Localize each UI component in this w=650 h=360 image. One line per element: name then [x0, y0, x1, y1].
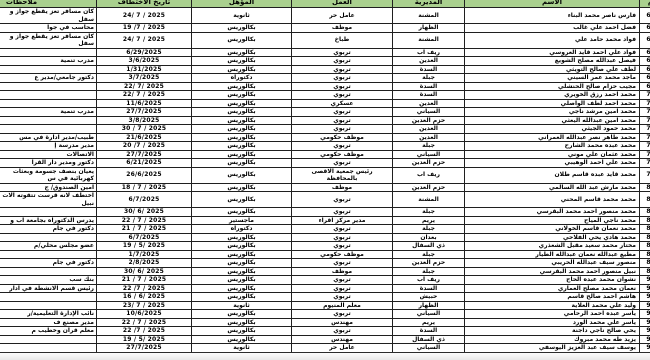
cell-job: موظف [292, 267, 393, 276]
cell-job: موظف [292, 24, 393, 33]
cell-job: عامل حر [292, 344, 393, 353]
cell-qualification: ماجستير [192, 216, 292, 225]
cell-date: 22 / 7 / 2025 [97, 216, 192, 225]
table-row: 72 محمد امين مرشد ناجي السياني تربوي بكا… [0, 108, 650, 117]
cell-date: 20 /7 / 2025 [97, 142, 192, 151]
cell-name: نشوان محمد عبده الحاج [465, 276, 640, 285]
cell-job: تربوي [292, 108, 393, 117]
table-row: 78 محمد علي احمد الوهيبي حزم العدين تربو… [0, 159, 650, 168]
table-row: 93 وليد علي محمد العلاية الظهار معلم الم… [0, 301, 650, 310]
cell-district: الظهار [393, 301, 465, 310]
cell-number: 83 [640, 216, 650, 225]
table-row: 74 محمد حمود الجيثي العدين تربوي بكالوري… [0, 125, 650, 134]
cell-district: جبلة [393, 267, 465, 276]
cell-number: 94 [640, 310, 650, 319]
cell-number: 79 [640, 167, 650, 183]
cell-number: 70 [640, 91, 650, 100]
cell-date: 19 / 5/ 2025 [97, 335, 192, 344]
cell-qualification: بكالوريس [192, 208, 292, 217]
table-row: 75 محمد طاهر نصر عبدالله العمراني العدين… [0, 133, 650, 142]
cell-date: 22 / 7 / 2025 [97, 318, 192, 327]
cell-note: معلم قرآن وخطيب م [0, 327, 97, 336]
cell-name: يوسف سيف عبد العزيز اليوسفي [465, 344, 640, 353]
cell-name: محمد منصور احمد محمد البقرسي [465, 208, 640, 217]
table-row: 63 فضل احمد علي غالب الظهار موظف بكالوري… [0, 24, 650, 33]
cell-name: محمد احمد لطف الواصلي [465, 99, 640, 108]
cell-date: 1/7/2025 [97, 250, 192, 259]
cell-name: هاشم احمد صالح قاسم [465, 293, 640, 302]
cell-number: 74 [640, 125, 650, 134]
cell-note [0, 335, 97, 344]
cell-qualification: بكالوريس [192, 99, 292, 108]
cell-job: تربوي [292, 192, 393, 208]
cell-date: 22/ 7/ 2025 [97, 82, 192, 91]
cell-district: السياني [393, 150, 465, 159]
cell-date: 6/29/2025 [97, 48, 192, 57]
cell-name: ماجد محمد عمر السيني [465, 74, 640, 83]
cell-job: موظف حكومي [292, 250, 393, 259]
cell-qualification: بكالوريس [192, 133, 292, 142]
table-row: 95 ياسر علي محمد الورد يريم مهندس بكالور… [0, 318, 650, 327]
cell-name: مختار محمد سعيد مقبل الشعذري [465, 242, 640, 251]
cell-qualification: دكتوراه [192, 225, 292, 234]
cell-qualification: بكالوريس [192, 48, 292, 57]
cell-note [0, 116, 97, 125]
cell-note: الاتصالات [0, 150, 97, 159]
cell-number: 62 [640, 8, 650, 24]
cell-note: دكتور ومدير دار القرآ [0, 159, 97, 168]
table-row: 62 فارس ناصر محمد البناء المشنة عامل حر … [0, 8, 650, 24]
cell-number: 72 [640, 108, 650, 117]
cell-name: وليد علي محمد العلاية [465, 301, 640, 310]
cell-date: 6/21/2025 [97, 159, 192, 168]
header-cell: المديرية [393, 0, 465, 8]
cell-number: 68 [640, 74, 650, 83]
cell-note: مدير مدرسة إ [0, 142, 97, 151]
cell-qualification: بكالوريس [192, 250, 292, 259]
cell-qualification: بكالوريس [192, 310, 292, 319]
cell-district: المشنة [393, 192, 465, 208]
cell-qualification: بكالوريس [192, 335, 292, 344]
cell-date: 22/ 7 / 2025 [97, 91, 192, 100]
table-row: 73 محمد امين عبدالله اليعثي حزم العدين ت… [0, 116, 650, 125]
cell-district: العدين [393, 125, 465, 134]
table-row: 82 محمد منصور احمد محمد البقرسي جبلة ترب… [0, 208, 650, 217]
cell-note: اختطف لانه قرست تتقوته الات نبيل [0, 192, 97, 208]
cell-note: بنك سب [0, 276, 97, 285]
cell-qualification: ثانوية [192, 301, 292, 310]
cell-number: 96 [640, 327, 650, 336]
cell-district: السياني [393, 108, 465, 117]
cell-district: ذي السفال [393, 335, 465, 344]
cell-district: جبلة [393, 250, 465, 259]
cell-job: تربوي [292, 91, 393, 100]
cell-job: رئيس جمعية الاقصى بالمحافظة [292, 167, 393, 183]
cell-name: محمد نعمان قاسم الخولاني [465, 225, 640, 234]
cell-name: فواد محمد حامد علي [465, 32, 640, 48]
header-cell: المؤهل [192, 0, 292, 8]
header-cell: م [640, 0, 650, 8]
cell-note [0, 301, 97, 310]
cell-date: 3/7/2025 [97, 74, 192, 83]
cell-note: دكتور في جام [0, 225, 97, 234]
cell-qualification: ثانوية [192, 8, 292, 24]
table-row: 70 محمد احمد رزق الخويري السدة تربوي بكا… [0, 91, 650, 100]
cell-date: 21/6/2025 [97, 133, 192, 142]
cell-name: لطف علي صالح التويثي [465, 65, 640, 74]
header-cell: ملاحظات [0, 0, 97, 8]
cell-note [0, 99, 97, 108]
cell-job: تربوي [292, 293, 393, 302]
cell-qualification: بكالوريس [192, 167, 292, 183]
cell-district: السدة [393, 65, 465, 74]
cell-date: 6/7/2025 [97, 192, 192, 208]
cell-name: محمد ناجي المياح [465, 216, 640, 225]
cell-qualification: بكالوريس [192, 183, 292, 192]
cell-qualification: بكالوريس [192, 192, 292, 208]
cell-district: جبلة [393, 225, 465, 234]
table-row: 65 فواد علي احمد قايد العروسي ريف اب ترب… [0, 48, 650, 57]
cell-date: 23/ 7 / 2025 [97, 301, 192, 310]
cell-date: 3/8/2025 [97, 116, 192, 125]
cell-district: جبلة [393, 142, 465, 151]
cell-job: تربوي [292, 74, 393, 83]
cell-qualification: بكالوريس [192, 159, 292, 168]
cell-job: عامل حر [292, 8, 393, 24]
cell-name: يحي صالح ناجي داجنة [465, 327, 640, 336]
cell-number: 90 [640, 276, 650, 285]
cell-job: مهندس [292, 318, 393, 327]
cell-district: السياني [393, 344, 465, 353]
header-row: مالاسمالمديريةالعملالمؤهلتاريخ الاختطافم… [0, 0, 650, 8]
table-row: 91 نعمان محمد مصلح العماري السدة تربوي ب… [0, 284, 650, 293]
cell-note [0, 344, 97, 353]
cell-qualification: بكالوريس [192, 318, 292, 327]
cell-qualification: بكالوريس [192, 293, 292, 302]
table-row: 97 يزيد طه محمد مبروك ذي السفال مهندس بك… [0, 335, 650, 344]
cell-date: 16 / 6/ 2025 [97, 293, 192, 302]
cell-number: 82 [640, 208, 650, 217]
cell-date: 21 / 7 / 2025 [97, 225, 192, 234]
cell-note: طبيب/مدير ادارة في مس [0, 133, 97, 142]
cell-number: 75 [640, 133, 650, 142]
cell-district: المشنة [393, 8, 465, 24]
table-row: 67 لطف علي صالح التويثي السدة تربوي بكال… [0, 65, 650, 74]
cell-district: العدين [393, 57, 465, 66]
cell-number: 73 [640, 116, 650, 125]
cell-qualification: بكالوريس [192, 150, 292, 159]
cell-district: بعدان [393, 233, 465, 242]
cell-note: مدرب تنمية [0, 108, 97, 117]
cell-number: 85 [640, 233, 650, 242]
table-row: 68 ماجد محمد عمر السيني جبلة تربوي دكتور… [0, 74, 650, 83]
cell-job: تربوي [292, 159, 393, 168]
cell-qualification: بكالوريس [192, 142, 292, 151]
cell-date: 21 / 7 / 2025 [97, 276, 192, 285]
cell-job: تربوي [292, 48, 393, 57]
cell-job: تربوي [292, 116, 393, 125]
cell-date: 22 /7 / 2025 [97, 284, 192, 293]
cell-date: 27/7/2025 [97, 108, 192, 117]
cell-number: 77 [640, 150, 650, 159]
spreadsheet-sheet: مالاسمالمديريةالعملالمؤهلتاريخ الاختطافم… [0, 0, 650, 353]
cell-date: 26/6/2025 [97, 167, 192, 183]
cell-job: تربوي [292, 82, 393, 91]
cell-number: 92 [640, 293, 650, 302]
cell-district: حزم العدين [393, 159, 465, 168]
table-row: 69 مجيب حزام صالح الحنشلي السدة تربوي بك… [0, 82, 650, 91]
bottom-blur [0, 352, 650, 360]
cell-district: يريم [393, 216, 465, 225]
cell-number: 65 [640, 48, 650, 57]
cell-qualification: بكالوريس [192, 32, 292, 48]
cell-name: فواد علي احمد قايد العروسي [465, 48, 640, 57]
cell-date: 2/8/2025 [97, 259, 192, 268]
cell-number: 78 [640, 159, 650, 168]
document-viewport: مالاسمالمديريةالعملالمؤهلتاريخ الاختطافم… [0, 0, 650, 360]
cell-number: 64 [640, 32, 650, 48]
cell-name: نبيل منصور احمد محمد البقرسي [465, 267, 640, 276]
cell-name: فيصل عبدالله مصلح الشويع [465, 57, 640, 66]
table-row: 77 محمد عثمان علي موني السياني موظف حكوم… [0, 150, 650, 159]
cell-note [0, 91, 97, 100]
cell-number: 89 [640, 267, 650, 276]
cell-note [0, 233, 97, 242]
table-row: 81 محمد محمد قاسم المحني المشنة تربوي بك… [0, 192, 650, 208]
cell-qualification: بكالوريس [192, 82, 292, 91]
cell-district: جبلة [393, 74, 465, 83]
cell-qualification: بكالوريس [192, 116, 292, 125]
cell-date: 27/7/2025 [97, 344, 192, 353]
table-row: 89 نبيل منصور احمد محمد البقرسي جبلة موظ… [0, 267, 650, 276]
cell-name: ياسر علي محمد الورد [465, 318, 640, 327]
cell-note: كان مسافر تعز يقطع جواز و سفل [0, 32, 97, 48]
cell-number: 71 [640, 99, 650, 108]
cell-note: مدير مصنع ف [0, 318, 97, 327]
table-row: 86 مختار محمد سعيد مقبل الشعذري ذي السفا… [0, 242, 650, 251]
cell-name: محمد امين عبدالله اليعثي [465, 116, 640, 125]
cell-job: تربوي [292, 242, 393, 251]
cell-district: حزم العدين [393, 259, 465, 268]
table-row: 94 ياسر عبده احمد الرحامي السياني تربوي … [0, 310, 650, 319]
cell-name: محمد قايد عبده قاسم طلان [465, 167, 640, 183]
table-row: 87 مطيع عبدالله نعمان عبدالله الطيار جبل… [0, 250, 650, 259]
cell-name: ياسر عبده احمد الرحامي [465, 310, 640, 319]
cell-number: 91 [640, 284, 650, 293]
cell-note [0, 267, 97, 276]
cell-date: 27/7/2025 [97, 150, 192, 159]
cell-note: نائب الإدارة التعليمية/ر [0, 310, 97, 319]
cell-district: السدة [393, 91, 465, 100]
cell-qualification: بكالوريس [192, 284, 292, 293]
cell-number: 81 [640, 192, 650, 208]
table-row: 84 محمد نعمان قاسم الخولاني جبلة تربوي د… [0, 225, 650, 234]
table-row: 71 محمد احمد لطف الواصلي العدين عسكري بك… [0, 99, 650, 108]
cell-date: 3/6/2025 [97, 57, 192, 66]
cell-name: نعمان محمد مصلح العماري [465, 284, 640, 293]
abductees-table: مالاسمالمديريةالعملالمؤهلتاريخ الاختطافم… [0, 0, 650, 353]
cell-district: الظهار [393, 24, 465, 33]
cell-job: تربوي [292, 57, 393, 66]
cell-number: 66 [640, 57, 650, 66]
cell-note: عضو مجلس محلي/م [0, 242, 97, 251]
cell-name: محمد عثمان علي موني [465, 150, 640, 159]
table-row: 64 فواد محمد حامد علي المشنة طباخ بكالور… [0, 32, 650, 48]
cell-note: رئيس قسم الانشطة في ادار [0, 284, 97, 293]
cell-qualification: بكالوريس [192, 125, 292, 134]
cell-date: 24/ 7 / 2025 [97, 32, 192, 48]
cell-name: محمد حمود الجيثي [465, 125, 640, 134]
cell-qualification: بكالوريس [192, 57, 292, 66]
cell-name: مجيب حزام صالح الحنشلي [465, 82, 640, 91]
cell-date: 10/6/2025 [97, 310, 192, 319]
cell-name: محمد هادي يحي الفلاحي [465, 233, 640, 242]
cell-note: كان مسافر تعز يقطع جواز و سفل [0, 8, 97, 24]
header-cell: الاسم [465, 0, 640, 8]
cell-number: 63 [640, 24, 650, 33]
cell-job: تربوي [292, 284, 393, 293]
cell-qualification: بكالوريس [192, 91, 292, 100]
header-cell: العمل [292, 0, 393, 8]
cell-name: فضل احمد علي غالب [465, 24, 640, 33]
cell-number: 88 [640, 259, 650, 268]
cell-qualification: بكالوريس [192, 242, 292, 251]
cell-qualification: بكالوريس [192, 259, 292, 268]
cell-note: دكتور في جام [0, 259, 97, 268]
table-row: 96 يحي صالح ناجي داجنة السدة تربوي بكالو… [0, 327, 650, 336]
cell-date: 6/7/2025 [97, 233, 192, 242]
cell-district: جبلة [393, 208, 465, 217]
cell-district: ريف اب [393, 276, 465, 285]
cell-district: المشنة [393, 32, 465, 48]
table-row: 92 هاشم احمد صالح قاسم حبيش تربوي بكالور… [0, 293, 650, 302]
cell-district: ريف اب [393, 167, 465, 183]
cell-job: تربوي [292, 276, 393, 285]
cell-name: محمد طاهر نصر عبدالله العمراني [465, 133, 640, 142]
cell-number: 84 [640, 225, 650, 234]
cell-note [0, 125, 97, 134]
header-cell: تاريخ الاختطاف [97, 0, 192, 8]
cell-district: السدة [393, 327, 465, 336]
cell-name: محمد مارش عبد الله السالمي [465, 183, 640, 192]
cell-qualification: بكالوريس [192, 327, 292, 336]
cell-job: تربوي [292, 259, 393, 268]
cell-qualification: ثانوية [192, 344, 292, 353]
cell-district: حبيش [393, 293, 465, 302]
cell-district: حزم العدين [393, 116, 465, 125]
cell-number: 76 [640, 142, 650, 151]
cell-district: حزم العدين [393, 183, 465, 192]
cell-name: مطيع عبدالله نعمان عبدالله الطيار [465, 250, 640, 259]
cell-note: امين الصندوق/ ج [0, 183, 97, 192]
cell-note [0, 82, 97, 91]
table-row: 85 محمد هادي يحي الفلاحي بعدان تربوي بكا… [0, 233, 650, 242]
cell-job: طباخ [292, 32, 393, 48]
cell-district: ريف اب [393, 48, 465, 57]
cell-date: 30/ 6/ 2025 [97, 267, 192, 276]
cell-job: تربوي [292, 65, 393, 74]
cell-district: السياني [393, 310, 465, 319]
cell-date: 24/ 7 / 2025 [97, 8, 192, 24]
cell-qualification: دكتوراه [192, 74, 292, 83]
cell-date: 11/6/2025 [97, 99, 192, 108]
cell-date: 19 /7 / 2025 [97, 24, 192, 33]
cell-date: 30/ 6/ 2025 [97, 208, 192, 217]
cell-name: محمد امين مرشد ناجي [465, 108, 640, 117]
cell-note [0, 208, 97, 217]
cell-district: السدة [393, 82, 465, 91]
table-row: 88 منصور سيف عبدالله الحريبي حزم العدين … [0, 259, 650, 268]
cell-note: مدرب تنمية [0, 57, 97, 66]
cell-job: موظف حكومي [292, 150, 393, 159]
cell-number: 80 [640, 183, 650, 192]
cell-note [0, 250, 97, 259]
cell-district: العدين [393, 133, 465, 142]
cell-job: تربوي [292, 125, 393, 134]
cell-note: محاسب في جوا [0, 24, 97, 33]
cell-number: 69 [640, 82, 650, 91]
cell-number: 87 [640, 250, 650, 259]
table-row: 66 فيصل عبدالله مصلح الشويع العدين تربوي… [0, 57, 650, 66]
cell-qualification: بكالوريس [192, 108, 292, 117]
table-body: 62 فارس ناصر محمد البناء المشنة عامل حر … [0, 8, 650, 353]
cell-number: 93 [640, 301, 650, 310]
cell-job: مهندس [292, 335, 393, 344]
table-row: 98 يوسف سيف عبد العزيز اليوسفي السياني ع… [0, 344, 650, 353]
cell-job: تربوي [292, 327, 393, 336]
cell-qualification: بكالوريس [192, 65, 292, 74]
cell-job: تربوي [292, 208, 393, 217]
cell-note [0, 65, 97, 74]
cell-qualification: بكالوريس [192, 276, 292, 285]
cell-job: تربوي [292, 225, 393, 234]
cell-name: محمد محمد قاسم المحني [465, 192, 640, 208]
cell-note: يدرس الدكتوراه بجامعة اب و [0, 216, 97, 225]
cell-district: العدين [393, 99, 465, 108]
table-row: 83 محمد ناجي المياح يريم مدير مركز اقراء… [0, 216, 650, 225]
cell-qualification: بكالوريس [192, 233, 292, 242]
cell-name: محمد احمد رزق الخويري [465, 91, 640, 100]
cell-job: مدير مركز اقراء [292, 216, 393, 225]
cell-note [0, 293, 97, 302]
cell-job: تربوي [292, 233, 393, 242]
cell-name: محمد عبده محمد الشارح [465, 142, 640, 151]
cell-job: تربوي [292, 142, 393, 151]
cell-number: 67 [640, 65, 650, 74]
cell-date: 22 /7 / 2025 [97, 327, 192, 336]
cell-number: 86 [640, 242, 650, 251]
cell-date: 30 / 7 / 2025 [97, 125, 192, 134]
cell-qualification: بكالوريس [192, 24, 292, 33]
cell-number: 97 [640, 335, 650, 344]
cell-job: معلم المنيوم [292, 301, 393, 310]
cell-name: فارس ناصر محمد البناء [465, 8, 640, 24]
cell-job: تربوي [292, 310, 393, 319]
cell-number: 98 [640, 344, 650, 353]
cell-job: عسكري [292, 99, 393, 108]
cell-date: 18 / 7 / 2025 [97, 183, 192, 192]
cell-district: السدة [393, 284, 465, 293]
cell-job: موظف [292, 183, 393, 192]
cell-name: محمد علي احمد الوهيبي [465, 159, 640, 168]
table-row: 79 محمد قايد عبده قاسم طلان ريف اب رئيس … [0, 167, 650, 183]
table-row: 90 نشوان محمد عبده الحاج ريف اب تربوي بك… [0, 276, 650, 285]
cell-number: 95 [640, 318, 650, 327]
cell-name: يزيد طه محمد مبروك [465, 335, 640, 344]
table-row: 80 محمد مارش عبد الله السالمي حزم العدين… [0, 183, 650, 192]
cell-date: 19 / 5/ 2025 [97, 242, 192, 251]
cell-district: ذي السفال [393, 242, 465, 251]
